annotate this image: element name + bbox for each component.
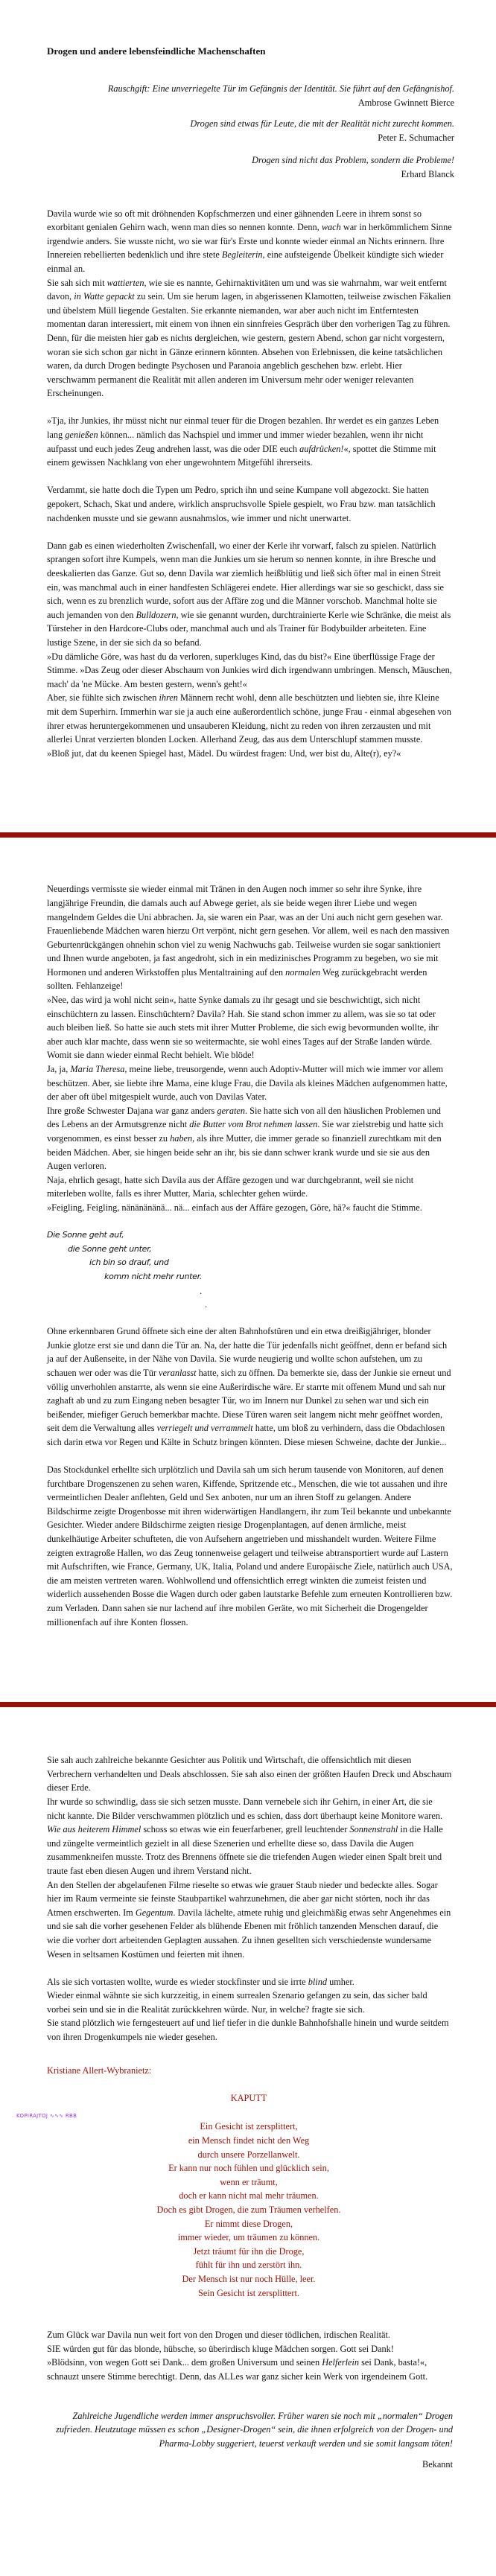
poem-line: Er nimmt diese Drogen, — [1, 2217, 496, 2231]
epigraph: Drogen sind etwas für Leute, die mit der… — [47, 117, 454, 144]
paragraph: Ja, ja, Maria Theresa, meine liebe, treu… — [47, 1062, 453, 1104]
section-2: Neuerdings vermisste sie wieder einmal m… — [0, 882, 496, 1629]
paragraph: »Bloß jut, dat du keenen Spiegel hast, M… — [47, 747, 453, 761]
verse-line: komm nicht mehr runter. — [47, 1270, 453, 1284]
paragraph: Verdammt, sie hatte doch die Typen um Pe… — [47, 483, 453, 525]
paragraph: SIE würden gut für das blonde, hübsche, … — [47, 2342, 453, 2356]
paragraph: »Blödsinn, von wegen Gott sei Dank... de… — [47, 2356, 453, 2370]
copyright-footer: KOPIRAJTOJ ∿∿∿ RBB — [16, 2109, 77, 2123]
paragraph: Neuerdings vermisste sie wieder einmal m… — [47, 882, 453, 993]
epigraph: Rauschgift: Eine unverriegelte Tür im Ge… — [47, 82, 454, 109]
poem-line: Doch es gibt Drogen, die zum Träumen ver… — [1, 2203, 496, 2217]
poem-line: Sein Gesicht ist zersplittert. — [1, 2286, 496, 2301]
paragraph: »Nee, das wird ja wohl nicht sein«, hatt… — [47, 993, 453, 1062]
epigraphs: Rauschgift: Eine unverriegelte Tür im Ge… — [47, 82, 496, 182]
epigraph: Drogen sind nicht das Problem, sondern d… — [47, 153, 454, 181]
poem-line: Er kann nur noch fühlen und glücklich se… — [1, 2161, 496, 2175]
poem-line: ein Mensch findet nicht den Weg — [1, 2134, 496, 2148]
paragraph: Ihr wurde so schwindlig, dass sie sich s… — [47, 1795, 453, 1878]
poem-line: immer wieder, um träumen zu können. — [1, 2231, 496, 2245]
poem-line: Jetzt träumt für ihn die Droge, — [1, 2245, 496, 2259]
epigraph-quote: Rauschgift: Eine unverriegelte Tür im Ge… — [47, 82, 454, 96]
verse-line: Die Sonne geht auf, — [47, 1228, 453, 1243]
epigraph-quote: Drogen sind etwas für Leute, die mit der… — [47, 117, 454, 131]
poem-line: fühlt für ihn und zerstört ihn. — [1, 2258, 496, 2272]
page-title: Drogen und andere lebensfeindliche Mache… — [47, 0, 453, 58]
epigraph-author: Erhard Blanck — [47, 168, 454, 182]
paragraph: Wieder einmal wähnte sie sich kurzzeitig… — [47, 1989, 453, 2016]
paragraph: An den Stellen der abgelaufenen Filme ri… — [47, 1878, 453, 1962]
poem-line: doch er kann nicht mal mehr träumen. — [1, 2189, 496, 2203]
epigraph-quote: Drogen sind nicht das Problem, sondern d… — [47, 153, 454, 168]
paragraph: »Tja, ihr Junkies, ihr müsst nicht nur e… — [47, 414, 453, 469]
section-separator — [0, 1702, 496, 1707]
paragraph: »Du dämliche Göre, was hast du da verlor… — [47, 650, 453, 692]
section-separator — [0, 832, 496, 838]
epigraph-author: Ambrose Gwinnett Bierce — [47, 96, 454, 110]
scene-break-dot: . — [47, 1284, 453, 1298]
closing-quote-author: Bekannt — [47, 2458, 453, 2472]
closing-quote: Zahlreiche Jugendliche werden immer ansp… — [47, 2409, 453, 2451]
document-page: Drogen und andere lebensfeindliche Mache… — [0, 0, 496, 2576]
paragraph: Sie sah sich mit wattierten, wie sie es … — [47, 276, 453, 401]
paragraph: »Feigling, Feigling, nänänänänä... nä...… — [47, 1201, 453, 1215]
verse-line: die Sonne geht unter, — [47, 1243, 453, 1257]
paragraph: Sie stand plötzlich wie ferngesteuert au… — [47, 2016, 453, 2044]
paragraph: Ohne erkennbaren Grund öffnete sich eine… — [47, 1324, 453, 1449]
section-1: Drogen und andere lebensfeindliche Mache… — [0, 0, 496, 760]
paragraph: Das Stockdunkel erhellte sich urplötzlic… — [47, 1463, 453, 1629]
paragraph: Naja, ehrlich gesagt, hatte sich Davila … — [47, 1173, 453, 1201]
paragraph: Zum Glück war Davila nun weit fort von d… — [47, 2328, 453, 2342]
paragraph: Ihre große Schwester Dajana war ganz and… — [47, 1104, 453, 1173]
poem-line: durch unsere Porzellanwelt. — [1, 2148, 496, 2162]
scene-break-dot: . — [47, 1298, 453, 1311]
poem-line: wenn er träumt, — [1, 2175, 496, 2190]
paragraph: Als sie sich vortasten wollte, wurde es … — [47, 1975, 453, 1989]
paragraph: Sie sah auch zahlreiche bekannte Gesicht… — [47, 1753, 453, 1795]
paragraph: Davila wurde wie so oft mit dröhnenden K… — [47, 207, 453, 276]
paragraph: Dann gab es einen wiederholten Zwischenf… — [47, 539, 453, 650]
epigraph-author: Peter E. Schumacher — [47, 131, 454, 145]
paragraph: schnauzt unsere Stimme berechtigt. Denn,… — [47, 2370, 453, 2384]
verse-line: ich bin so drauf, und — [47, 1256, 453, 1270]
paragraph: Aber, sie fühlte sich zwischen ihren Män… — [47, 691, 453, 746]
poem-author: Kristiane Allert-Wybranietz: — [47, 2064, 453, 2078]
poem-title: KAPUTT — [1, 2091, 496, 2105]
verse: Die Sonne geht auf, die Sonne geht unter… — [47, 1228, 453, 1284]
poem-line: Der Mensch ist nur noch Hülle, leer. — [1, 2272, 496, 2286]
